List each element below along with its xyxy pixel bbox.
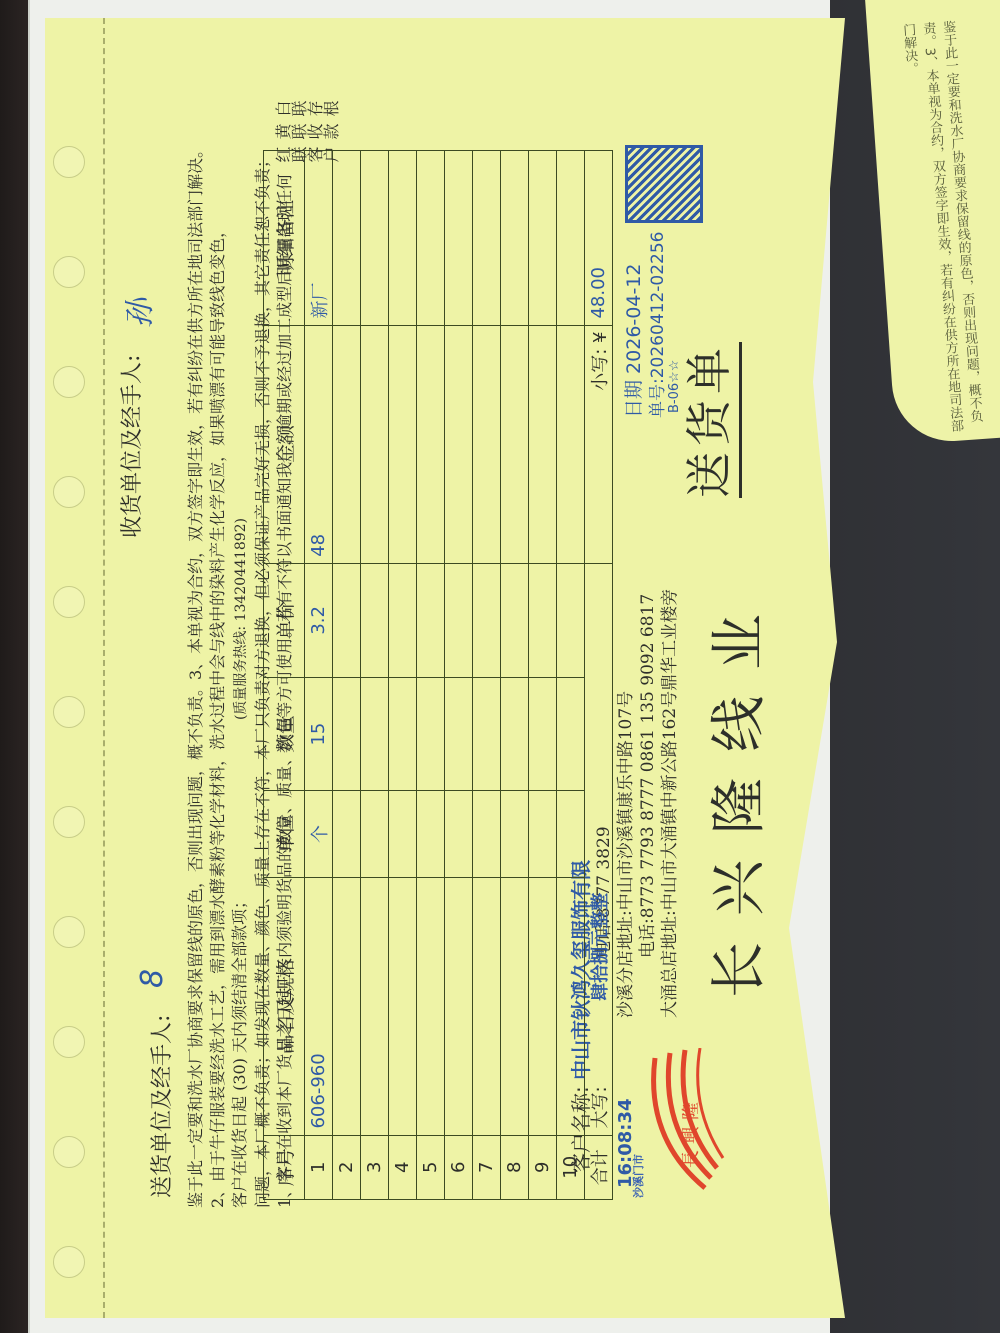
quality-hotline: (质量服务热线: 13420441892) [233,518,249,720]
perforation-hole [53,366,85,398]
terms-line: 1、客户在收到本厂货品之日起三天内须验明货品的数量、质量、颜色等方可使用。若有不… [274,108,296,1208]
sender-signature-label: 送货单位及经手人: [145,1015,176,1198]
sender-signature: 8 [135,969,170,988]
delivery-note: 送货单位及经手人: 8 收货单位及经手人: 孙 鉴于此一定要和洗水厂协商要求保留… [45,18,845,1318]
tear-line [103,18,105,1318]
perforation-hole [53,1136,85,1168]
perforation-hole [53,146,85,178]
perforation-hole [53,696,85,728]
receiver-signature: 孙 [115,298,159,328]
perforation-hole [53,1026,85,1058]
perforation-hole [53,1246,85,1278]
delivery-note-paper: 送货单位及经手人: 8 收货单位及经手人: 孙 鉴于此一定要和洗水厂协商要求保留… [45,18,845,1318]
terms-line: 问题，本厂概不负责；如发现在数量、颜色、质量上存在不符，本厂只负责对方退换，但必… [252,108,274,1208]
perforation-hole [53,476,85,508]
adjacent-delivery-note: 鉴于此一定要和洗水厂协商要求保留线的原色，否则出现问题，概不负责。3、本单视为合… [864,0,1000,445]
terms-and-conditions: 鉴于此一定要和洗水厂协商要求保留线的原色，否则出现问题，概不负责。3、本单视为合… [185,108,296,1208]
terms-line: 客户在收货日起 (30) 天内须结清全部款项； (质量服务热线: 1342044… [229,108,252,1208]
perforation-hole [53,916,85,948]
receiver-signature-label: 收货单位及经手人: [115,355,146,538]
perforation-hole [53,256,85,288]
terms-line: 鉴于此一定要和洗水厂协商要求保留线的原色，否则出现问题，概不负责。3、本单视为合… [185,108,207,1208]
terms-line: 2、由于牛仔服装要经洗水工艺，需用到漂水酵素粉等化学材料，洗水过程中会与线中的染… [207,108,229,1208]
perforation-hole [53,806,85,838]
adjacent-terms-text: 鉴于此一定要和洗水厂协商要求保留线的原色，否则出现问题，概不负责。3、本单视为合… [897,20,986,443]
perforation-hole [53,586,85,618]
